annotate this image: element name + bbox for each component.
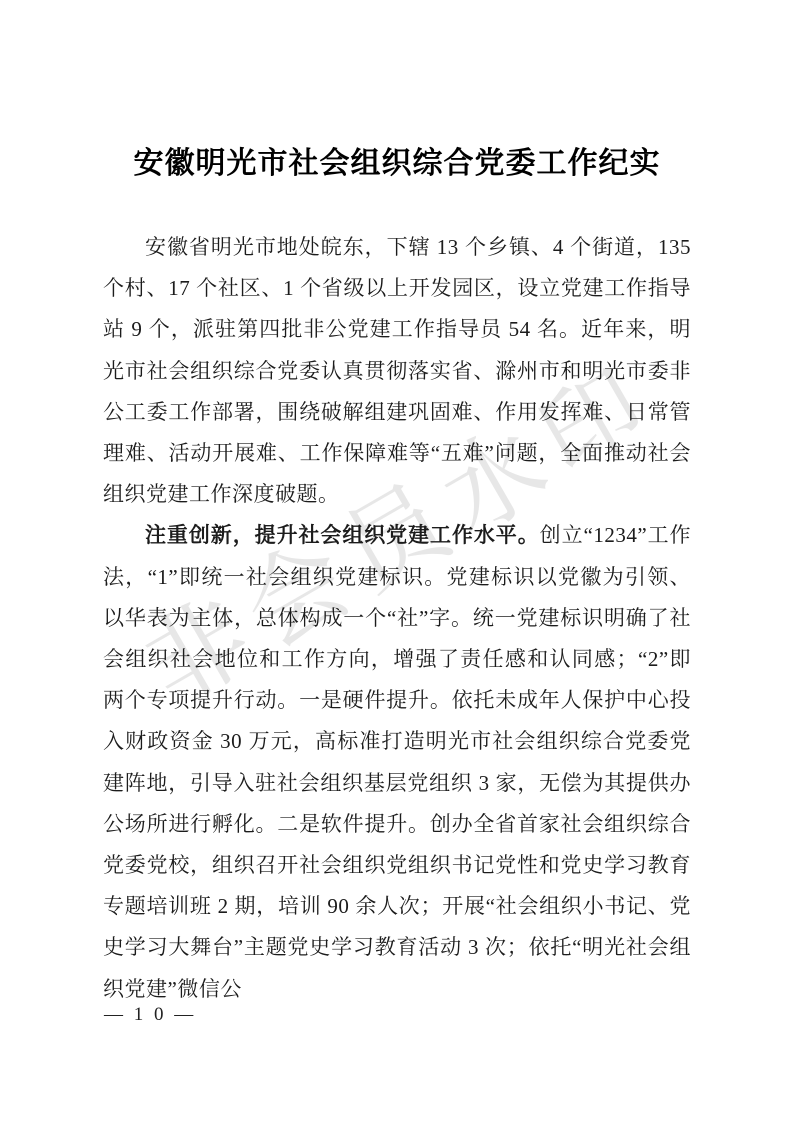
paragraph-innovation: 注重创新，提升社会组织党建工作水平。创立“1234”工作法，“1”即统一社会组织…	[103, 515, 691, 1009]
page-number: — 1 0 —	[104, 1004, 196, 1026]
document-title: 安徽明光市社会组织综合党委工作纪实	[0, 142, 794, 186]
document-body: 安徽省明光市地处皖东，下辖 13 个乡镇、4 个街道，135 个村、17 个社区…	[103, 227, 691, 1010]
paragraph-intro-text: 安徽省明光市地处皖东，下辖 13 个乡镇、4 个街道，135 个村、17 个社区…	[103, 235, 691, 506]
document-page: 非会员水印 安徽明光市社会组织综合党委工作纪实 安徽省明光市地处皖东，下辖 13…	[0, 0, 794, 1123]
paragraph-intro: 安徽省明光市地处皖东，下辖 13 个乡镇、4 个街道，135 个村、17 个社区…	[103, 227, 691, 515]
paragraph-innovation-text: 创立“1234”工作法，“1”即统一社会组织党建标识。党建标识以党徽为引领、以华…	[103, 523, 691, 1000]
paragraph-innovation-bold-lead: 注重创新，提升社会组织党建工作水平。	[145, 523, 540, 547]
